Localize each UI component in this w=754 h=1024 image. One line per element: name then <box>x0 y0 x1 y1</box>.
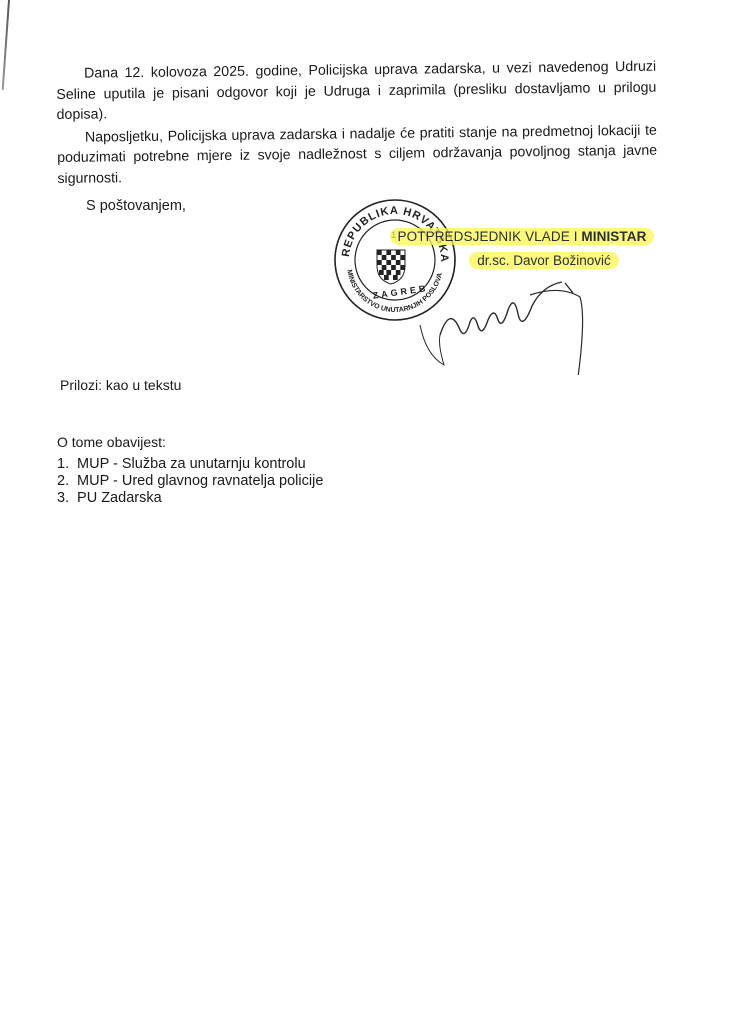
notice-item: 1. MUP - Služba za unutarnju kontrolu <box>57 456 323 473</box>
notice-item-text: PU Zadarska <box>77 490 162 506</box>
paragraph-2: Naposljetku, Policijska uprava zadarska … <box>57 120 658 189</box>
notice-item-number: 1. <box>57 456 73 473</box>
signatory-title-regular: POTPREDSJEDNIK VLADE I <box>398 229 582 244</box>
handwritten-signature <box>410 275 610 375</box>
notice-item-number: 2. <box>57 473 73 490</box>
notice-item: 2. MUP - Ured glavnog ravnatelja policij… <box>57 473 323 490</box>
closing-salutation: S poštovanjem, <box>86 198 186 214</box>
signatory-title-bold: MINISTAR <box>581 229 646 244</box>
notice-item: 3. PU Zadarska <box>57 490 323 507</box>
signatory-title: POTPREDSJEDNIK VLADE I MINISTAR <box>390 228 655 245</box>
notice-item-number: 3. <box>57 490 73 507</box>
attachments-note: Prilozi: kao u tekstu <box>60 377 181 393</box>
letter-body: Dana 12. kolovoza 2025. godine, Policijs… <box>56 57 657 189</box>
notice-item-text: MUP - Ured glavnog ravnatelja policije <box>77 473 323 489</box>
signature-block: POTPREDSJEDNIK VLADE I MINISTAR dr.sc. D… <box>372 228 672 270</box>
paragraph-1: Dana 12. kolovoza 2025. godine, Policijs… <box>56 57 657 126</box>
notice-item-text: MUP - Služba za unutarnju kontrolu <box>77 456 306 472</box>
signatory-name: dr.sc. Davor Božinović <box>469 252 619 269</box>
notice-heading: O tome obavijest: <box>57 434 166 450</box>
scanned-page-edge <box>2 0 10 90</box>
notice-list: 1. MUP - Služba za unutarnju kontrolu 2.… <box>57 456 323 507</box>
